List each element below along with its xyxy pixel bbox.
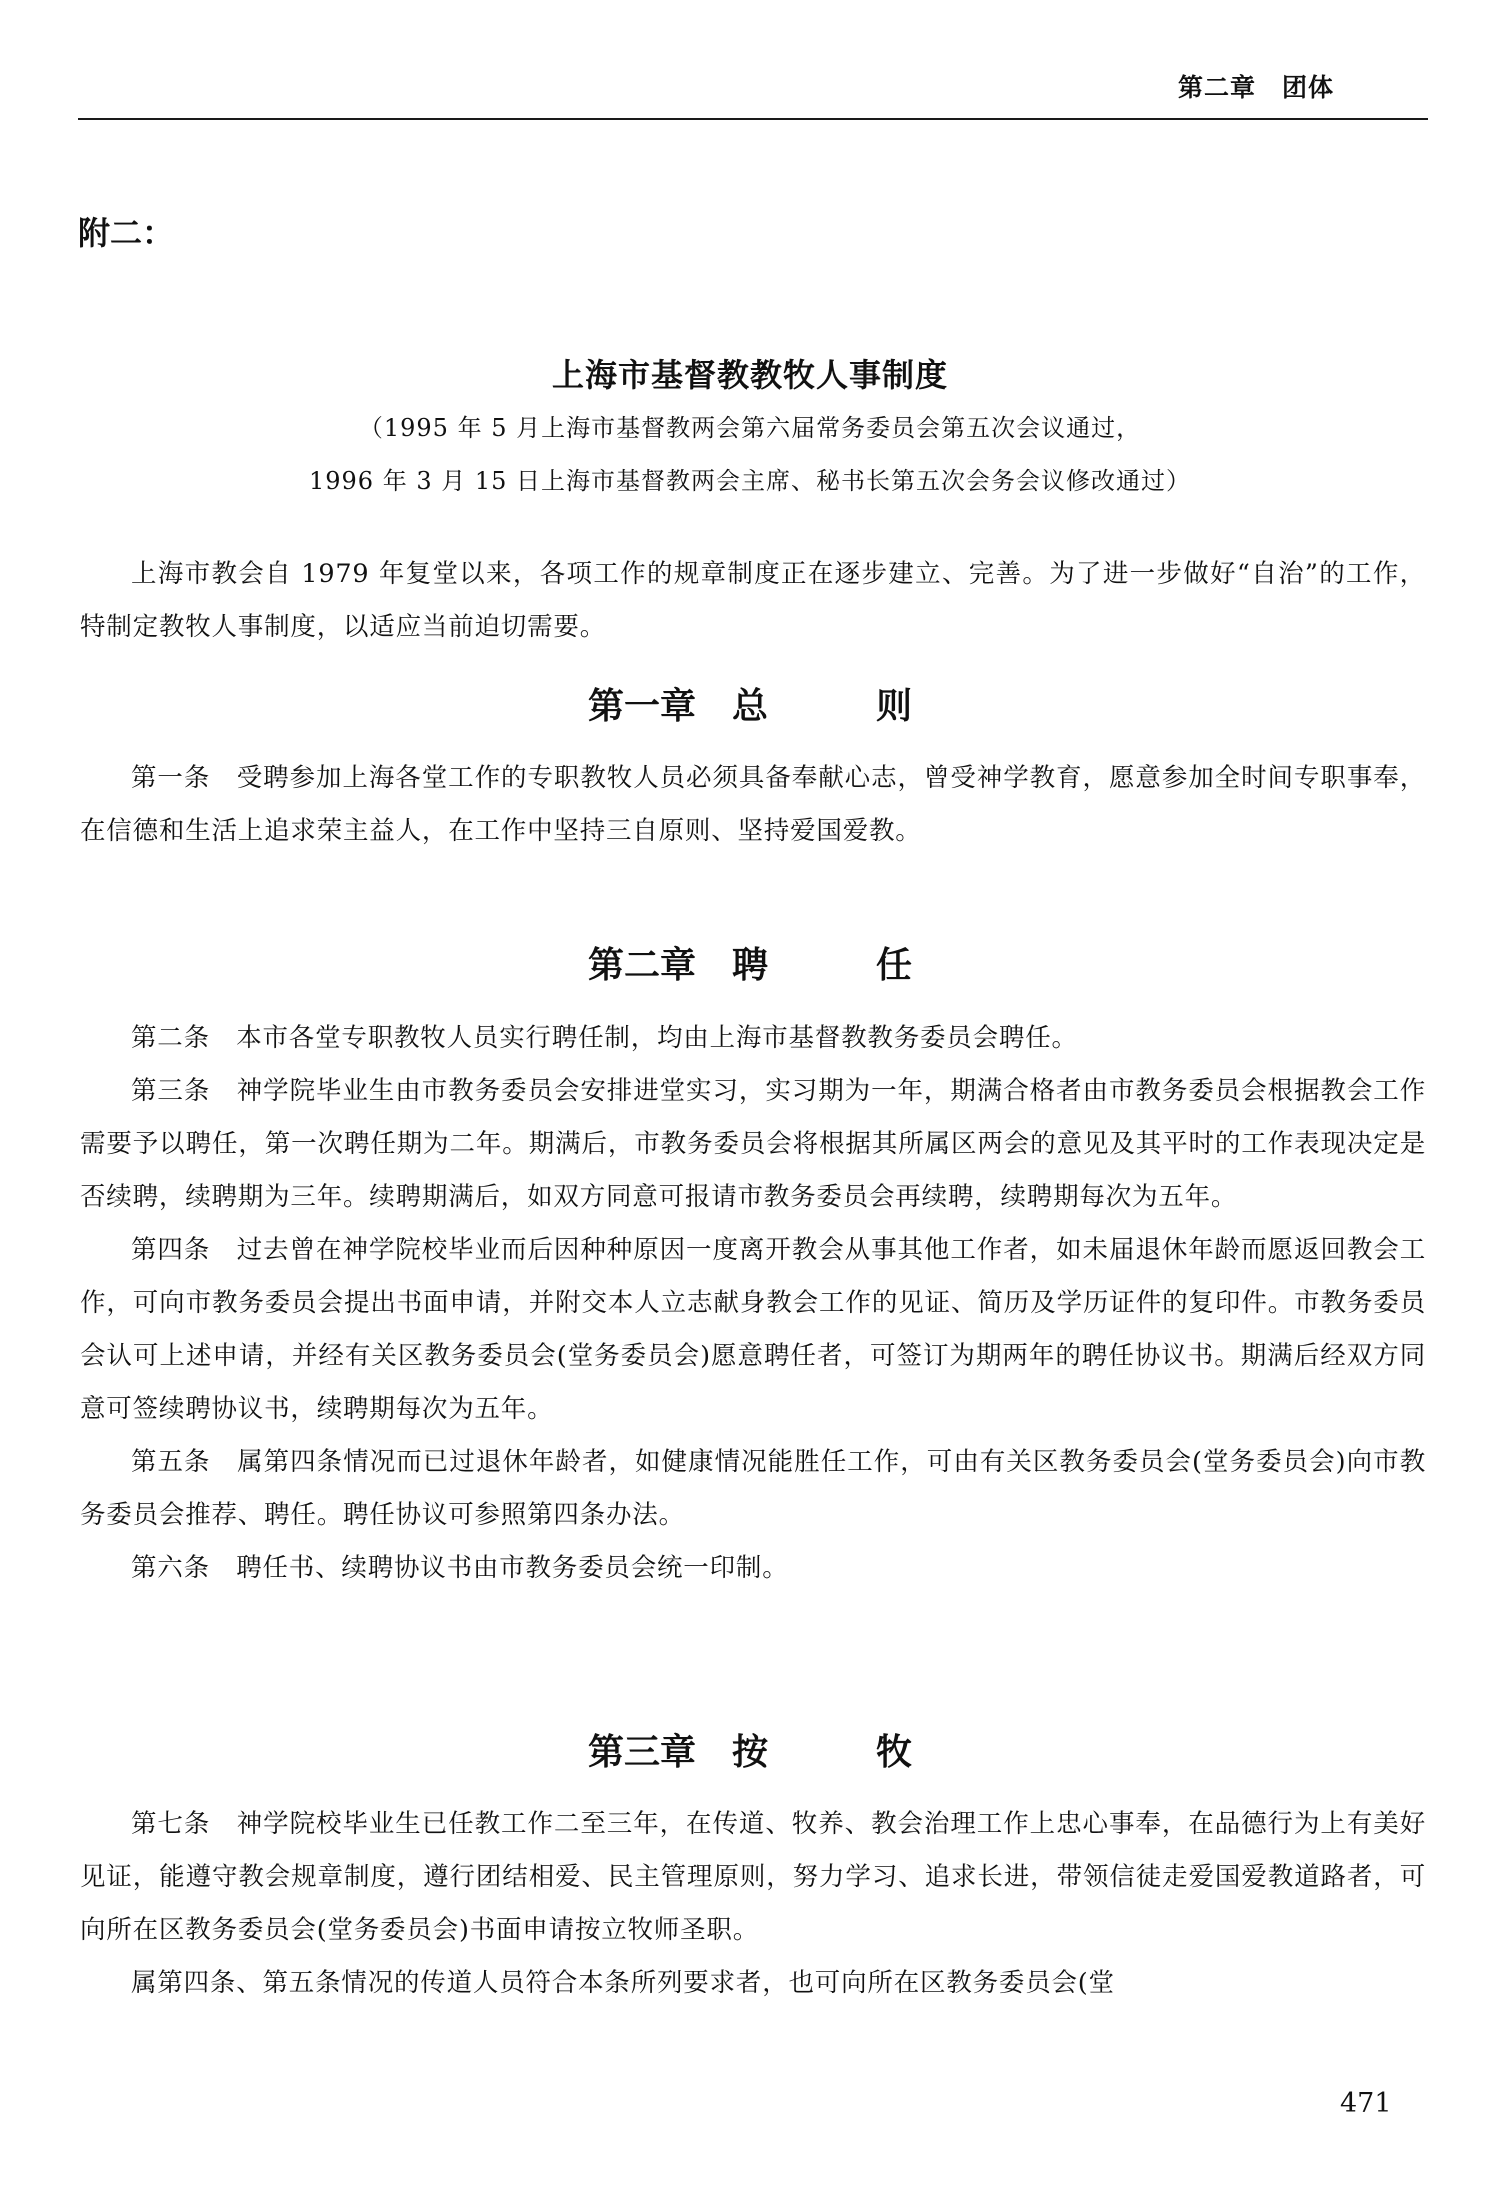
article-3: 第三条 神学院毕业生由市教务委员会安排进堂实习，实习期为一年，期满合格者由市教务… [80, 1065, 1426, 1224]
article-5: 第五条 属第四条情况而已过退休年龄者，如健康情况能胜任工作，可由有关区教务委员会… [80, 1436, 1426, 1542]
chapter-2-body: 第二条 本市各堂专职教牧人员实行聘任制，均由上海市基督教教务委员会聘任。 第三条… [80, 1012, 1426, 1595]
chapter-heading-3: 第三章 按 牧 [0, 1724, 1500, 1775]
header-rule [78, 118, 1428, 120]
article-7-continuation: 属第四条、第五条情况的传道人员符合本条所列要求者，也可向所在区教务委员会(堂 [80, 1957, 1426, 2010]
intro-block: 上海市教会自 1979 年复堂以来，各项工作的规章制度正在逐步建立、完善。为了进… [80, 548, 1426, 654]
article-4: 第四条 过去曾在神学院校毕业而后因种种原因一度离开教会从事其他工作者，如未届退休… [80, 1224, 1426, 1436]
article-6: 第六条 聘任书、续聘协议书由市教务委员会统一印制。 [80, 1542, 1426, 1595]
article-7: 第七条 神学院校毕业生已任教工作二至三年，在传道、牧养、教会治理工作上忠心事奉，… [80, 1798, 1426, 1957]
chapter-heading-2: 第二章 聘 任 [0, 937, 1500, 988]
document-subtitle-line1: （1995 年 5 月上海市基督教两会第六届常务委员会第五次会议通过， [0, 408, 1500, 443]
chapter-heading-1: 第一章 总 则 [0, 678, 1500, 729]
chapter-3-body: 第七条 神学院校毕业生已任教工作二至三年，在传道、牧养、教会治理工作上忠心事奉，… [80, 1798, 1426, 2010]
chapter-1-body: 第一条 受聘参加上海各堂工作的专职教牧人员必须具备奉献心志，曾受神学教育，愿意参… [80, 752, 1426, 858]
document-subtitle-line2: 1996 年 3 月 15 日上海市基督教两会主席、秘书长第五次会务会议修改通过… [0, 461, 1500, 496]
document-title: 上海市基督教教牧人事制度 [0, 350, 1500, 396]
article-2: 第二条 本市各堂专职教牧人员实行聘任制，均由上海市基督教教务委员会聘任。 [80, 1012, 1426, 1065]
article-1: 第一条 受聘参加上海各堂工作的专职教牧人员必须具备奉献心志，曾受神学教育，愿意参… [80, 752, 1426, 858]
page-number: 471 [1340, 2088, 1392, 2119]
running-head: 第二章 团体 [1178, 68, 1334, 104]
appendix-label: 附二： [78, 208, 174, 254]
intro-paragraph: 上海市教会自 1979 年复堂以来，各项工作的规章制度正在逐步建立、完善。为了进… [80, 548, 1426, 654]
